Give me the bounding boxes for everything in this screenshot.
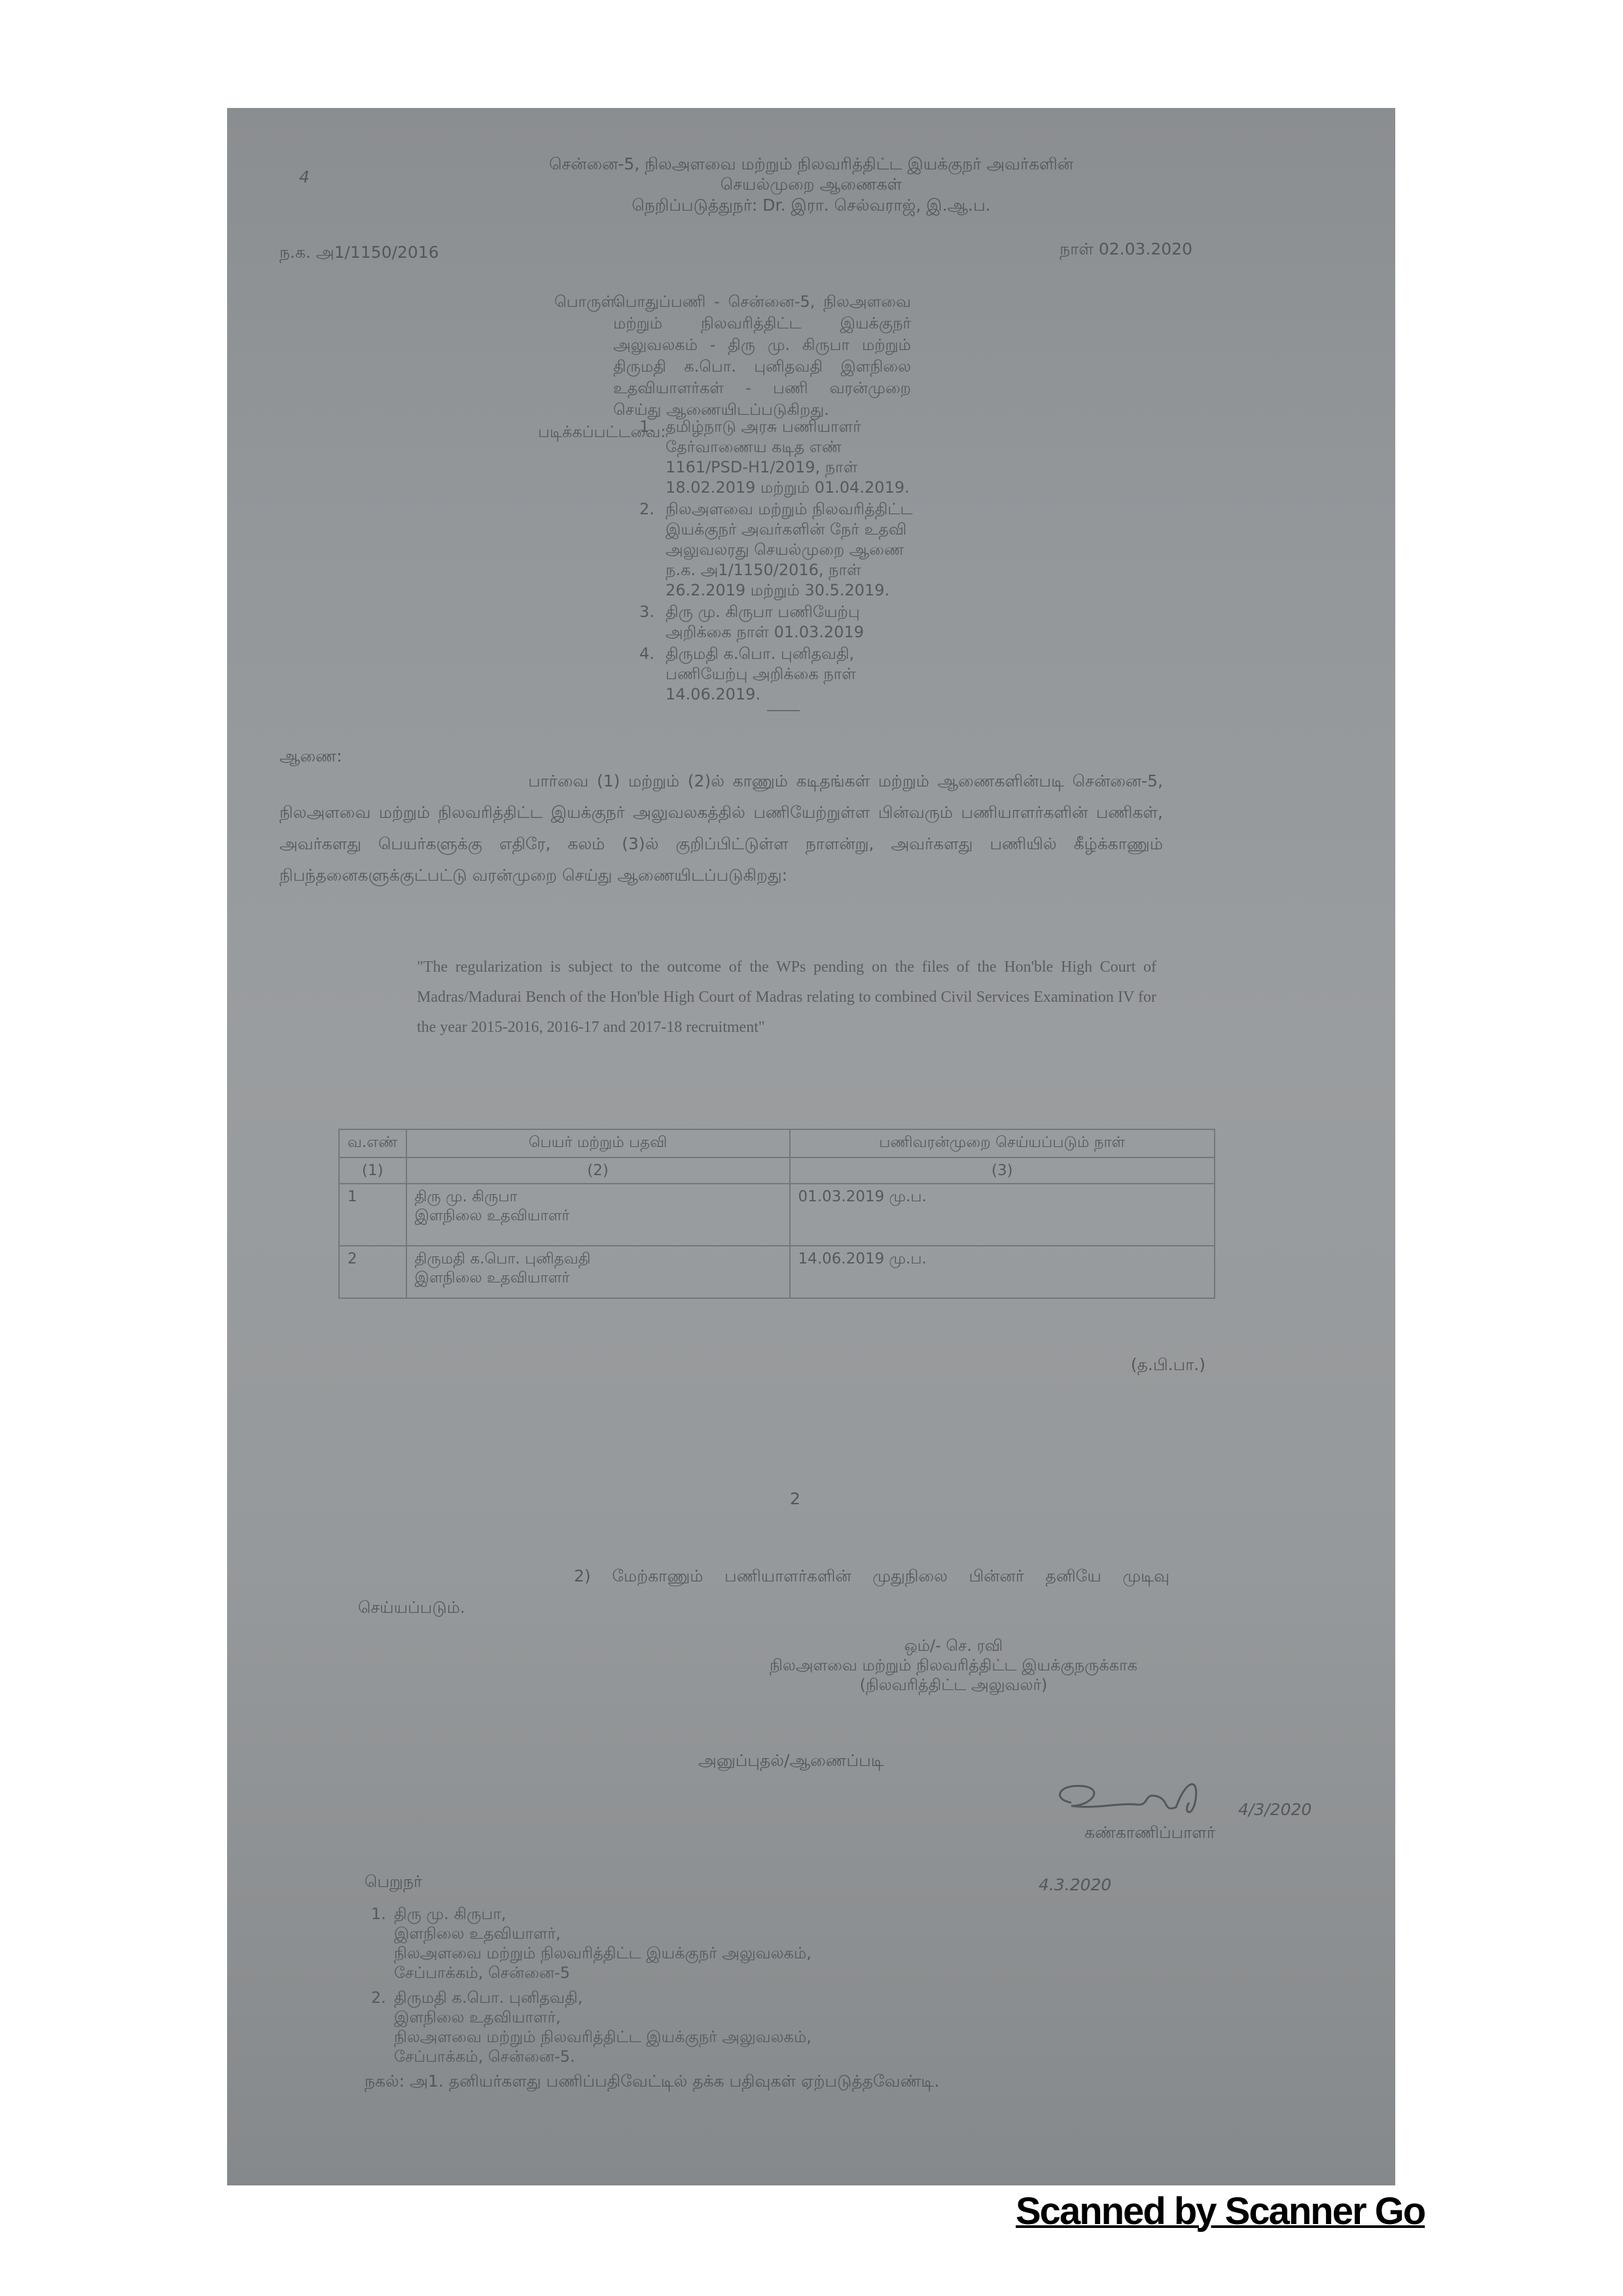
reference-item: 1.தமிழ்நாடு அரசு பணியாளர் தேர்வாணைய கடித…: [639, 417, 927, 498]
forwarded-by-order: அனுப்புதல்/ஆணைப்படி: [698, 1750, 884, 1771]
table-row: 1 திரு மு. கிருபாஇளநிலை உதவியாளர் 01.03.…: [339, 1184, 1215, 1246]
reference-item: 2.நிலஅளவை மற்றும் நிலவரித்திட்ட இயக்குநர…: [639, 499, 927, 601]
page-number: 2: [790, 1489, 800, 1509]
signature-block: ஒம்/- செ. ரவி நிலஅளவை மற்றும் நிலவரித்தி…: [724, 1636, 1183, 1695]
table-row: 2 திருமதி க.பொ. புனிதவதிஇளநிலை உதவியாளர்…: [339, 1246, 1215, 1298]
header-line-2: செயல்முறை ஆணைகள்: [227, 174, 1395, 194]
copy-to-note: நகல்: அ1. தனியர்களது பணிப்பதிவேட்டில் தக…: [365, 2071, 939, 2091]
order-label: ஆணை:: [279, 746, 342, 766]
table-header: பணிவரன்முறை செய்யப்படும் நாள்: [790, 1129, 1215, 1157]
document-header: சென்னை-5, நிலஅளவை மற்றும் நிலவரித்திட்ட …: [227, 154, 1395, 215]
separator-line: [767, 710, 800, 711]
table-header-row: வ.எண் பெயர் மற்றும் பதவி பணிவரன்முறை செய…: [339, 1129, 1215, 1157]
subject-text: பொதுப்பணி - சென்னை-5, நிலஅளவை மற்றும் நி…: [613, 291, 911, 421]
seniority-paragraph: 2) மேற்காணும் பணியாளர்களின் முதுநிலை பின…: [358, 1561, 1169, 1623]
reference-item: 3.திரு மு. கிருபா பணியேற்பு அறிக்கை நாள்…: [639, 602, 927, 643]
table-column-numbers: (1) (2) (3): [339, 1157, 1215, 1184]
regularization-table: வ.எண் பெயர் மற்றும் பதவி பணிவரன்முறை செய…: [338, 1129, 1215, 1299]
handwritten-date: 4/3/2020: [1238, 1799, 1311, 1820]
regularization-condition-quote: "The regularization is subject to the ou…: [417, 952, 1156, 1042]
superintendent-label: கண்காணிப்பாளர்: [1084, 1822, 1215, 1843]
recipients-list: 1. திரு மு. கிருபா, இளநிலை உதவியாளர், நி…: [371, 1904, 811, 2072]
please-turn-over: (த.பி.பா.): [1131, 1354, 1205, 1375]
recipients-label: பெறுநர்: [365, 1871, 422, 1892]
subject-label: பொருள்:: [554, 292, 620, 313]
table-header: பெயர் மற்றும் பதவி: [406, 1129, 790, 1157]
header-line-1: சென்னை-5, நிலஅளவை மற்றும் நிலவரித்திட்ட …: [227, 154, 1395, 174]
document-date: நாள் 02.03.2020: [1060, 239, 1192, 259]
table-header: வ.எண்: [339, 1129, 406, 1157]
scanner-watermark: Scanned by Scanner Go: [1016, 2189, 1425, 2233]
recipient: 2. திருமதி க.பொ. புனிதவதி, இளநிலை உதவியா…: [371, 1988, 811, 2066]
header-line-3: நெறிப்படுத்துநர்: Dr. இரா. செல்வராஜ், இ.…: [227, 195, 1395, 215]
reference-number: ந.க. அ1/1150/2016: [279, 242, 439, 262]
order-paragraph: பார்வை (1) மற்றும் (2)ல் காணும் கடிதங்கள…: [279, 766, 1163, 891]
recipient: 1. திரு மு. கிருபா, இளநிலை உதவியாளர், நி…: [371, 1904, 811, 1983]
reference-item: 4.திருமதி க.பொ. புனிதவதி, பணியேற்பு அறிக…: [639, 644, 927, 705]
scanned-page: 4 சென்னை-5, நிலஅளவை மற்றும் நிலவரித்திட்…: [227, 108, 1395, 2185]
handwritten-initials: 4.3.2020: [1039, 1875, 1111, 1895]
references-list: 1.தமிழ்நாடு அரசு பணியாளர் தேர்வாணைய கடித…: [639, 417, 927, 706]
